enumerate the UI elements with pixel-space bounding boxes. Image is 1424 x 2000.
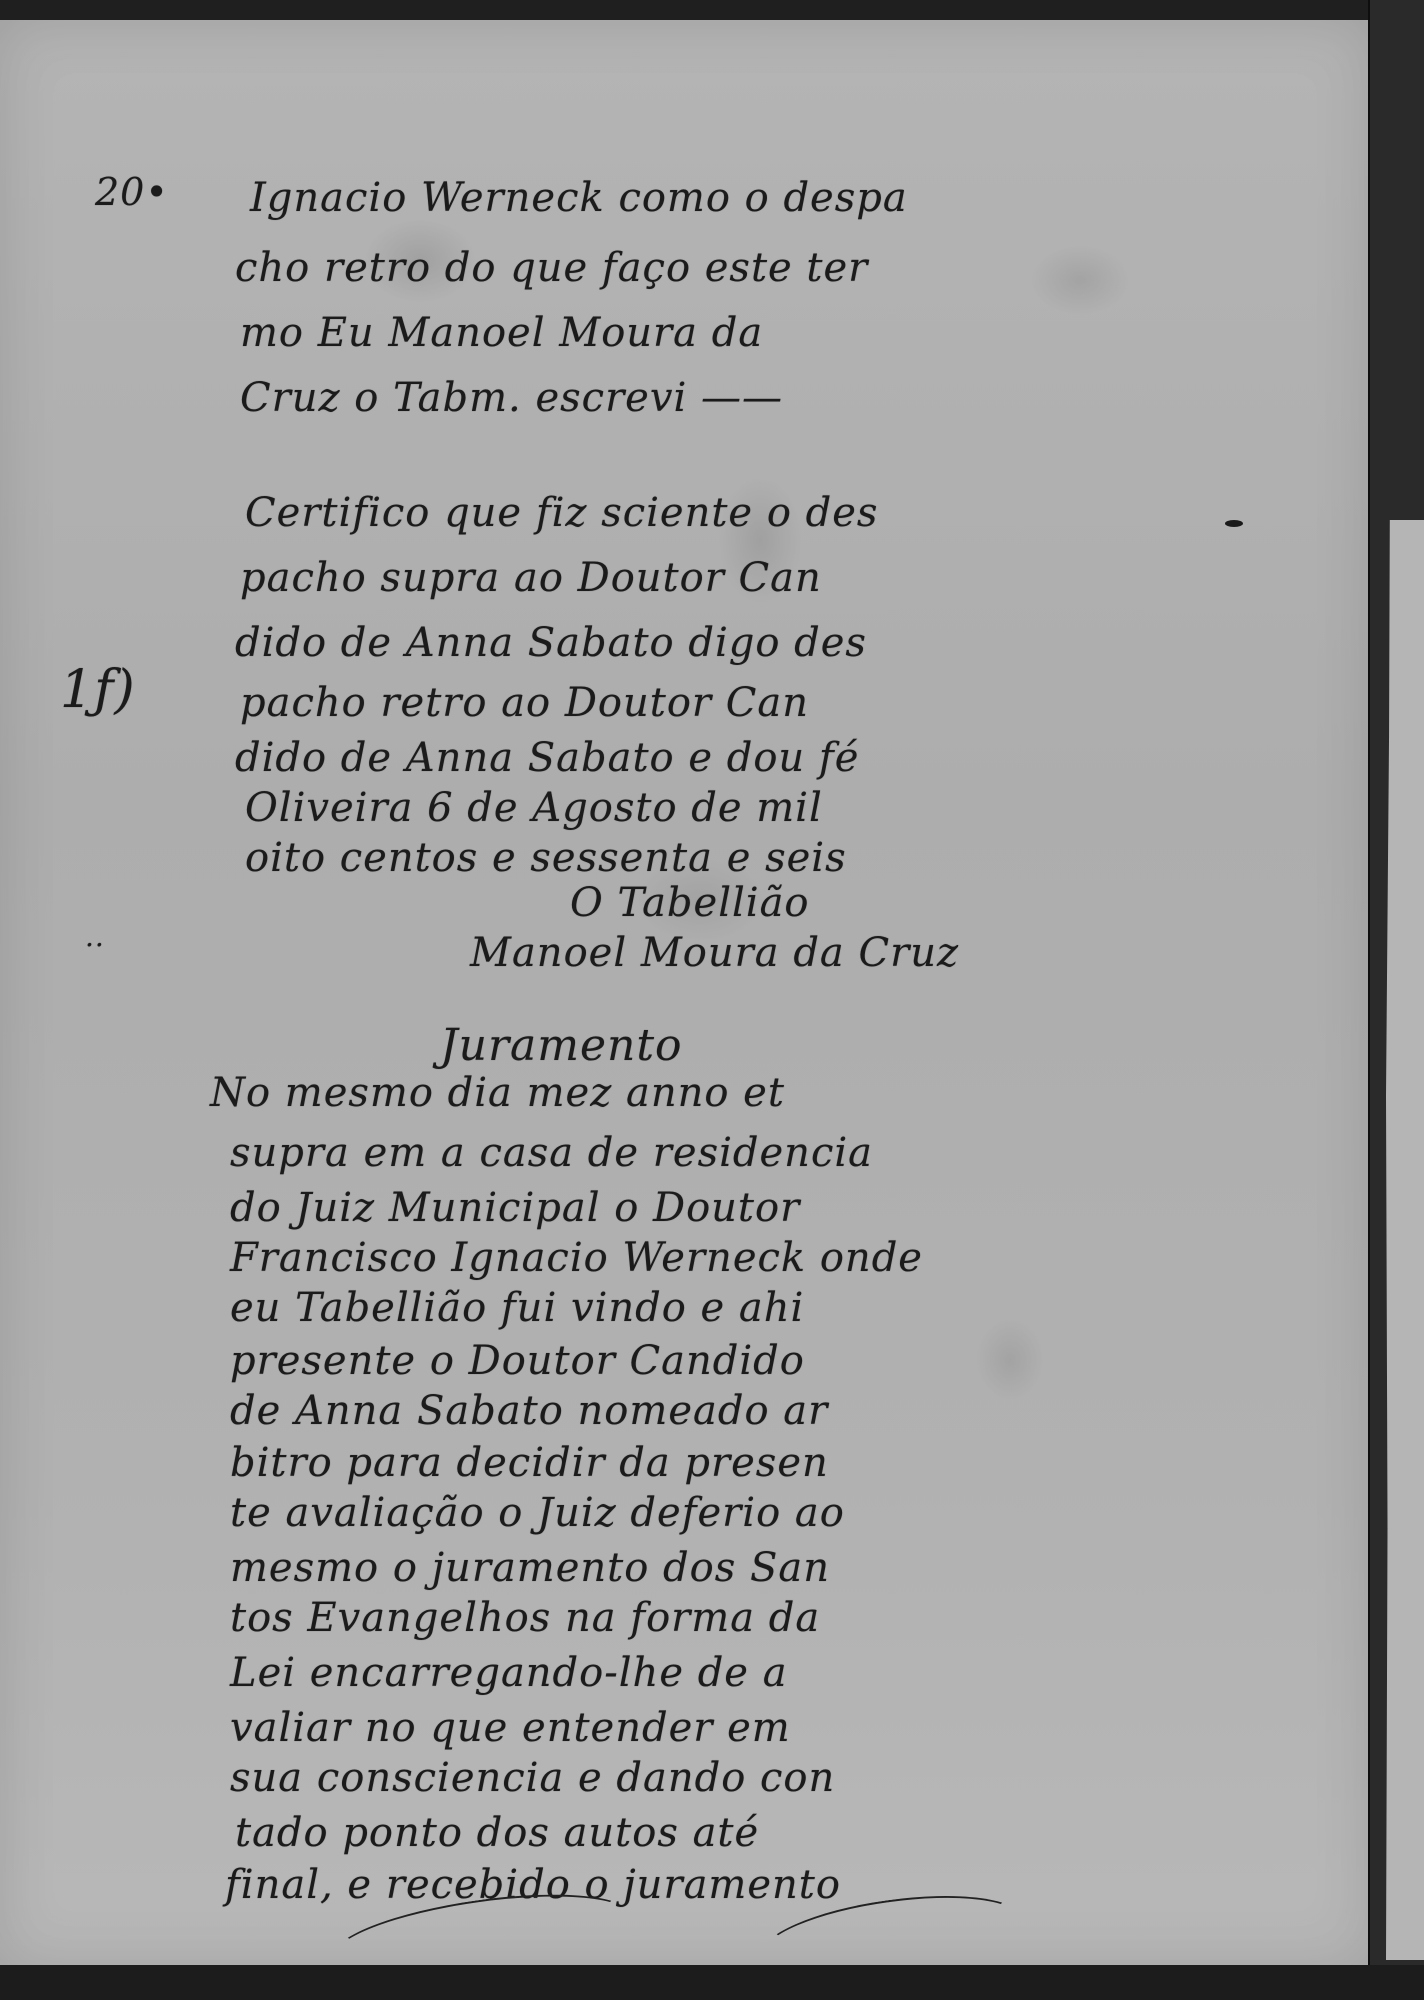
text-line: Lei encarregando-lhe de a [230, 1650, 788, 1696]
text-line: Ignacio Werneck como o despa [250, 175, 908, 221]
text-line: cho retro do que faço este ter [235, 245, 868, 291]
text-line: pacho retro ao Doutor Can [240, 680, 809, 726]
text-line: dido de Anna Sabato e dou fé [235, 735, 859, 781]
text-line: Certifico que fiz sciente o des [245, 490, 878, 536]
text-line: presente o Doutor Candido [230, 1338, 805, 1384]
text-line: bitro para decidir da presen [230, 1440, 829, 1486]
signature: Manoel Moura da Cruz [470, 930, 959, 976]
text-line: supra em a casa de residencia [230, 1130, 873, 1176]
text-line: Oliveira 6 de Agosto de mil [245, 785, 823, 831]
ink-speck [1225, 520, 1243, 527]
closing-title: O Tabellião [570, 880, 810, 926]
section-heading: Juramento [440, 1020, 683, 1071]
margin-note-folio: 1ƒ) [60, 660, 136, 720]
text-line: de Anna Sabato nomeado ar [230, 1388, 828, 1434]
margin-note-dots: .. [85, 920, 105, 953]
text-line: te avaliação o Juiz deferio ao [230, 1490, 845, 1536]
text-line: tos Evangelhos na forma da [230, 1595, 820, 1641]
text-line: sua consciencia e dando con [230, 1755, 835, 1801]
text-line: No mesmo dia mez anno et [210, 1070, 785, 1116]
text-line: tado ponto dos autos até [235, 1810, 759, 1856]
margin-note-number: 20• [95, 170, 169, 214]
text-line: Francisco Ignacio Werneck onde [230, 1235, 923, 1281]
text-line: do Juiz Municipal o Doutor [230, 1185, 800, 1231]
text-line: oito centos e sessenta e seis [245, 835, 847, 881]
text-line: dido de Anna Sabato digo des [235, 620, 867, 666]
text-line: mo Eu Manoel Moura da [240, 310, 763, 356]
text-line: Cruz o Tabm. escrevi —— [240, 375, 783, 421]
text-line: eu Tabellião fui vindo e ahi [230, 1285, 804, 1331]
scan-bottom-edge [0, 1965, 1424, 2000]
torn-page-edge [1386, 520, 1424, 1960]
text-line: mesmo o juramento dos San [230, 1545, 830, 1591]
document-page: 20• 1ƒ) .. Ignacio Werneck como o despa … [0, 20, 1370, 1965]
text-line: pacho supra ao Doutor Can [240, 555, 822, 601]
text-line: valiar no que entender em [230, 1705, 791, 1751]
